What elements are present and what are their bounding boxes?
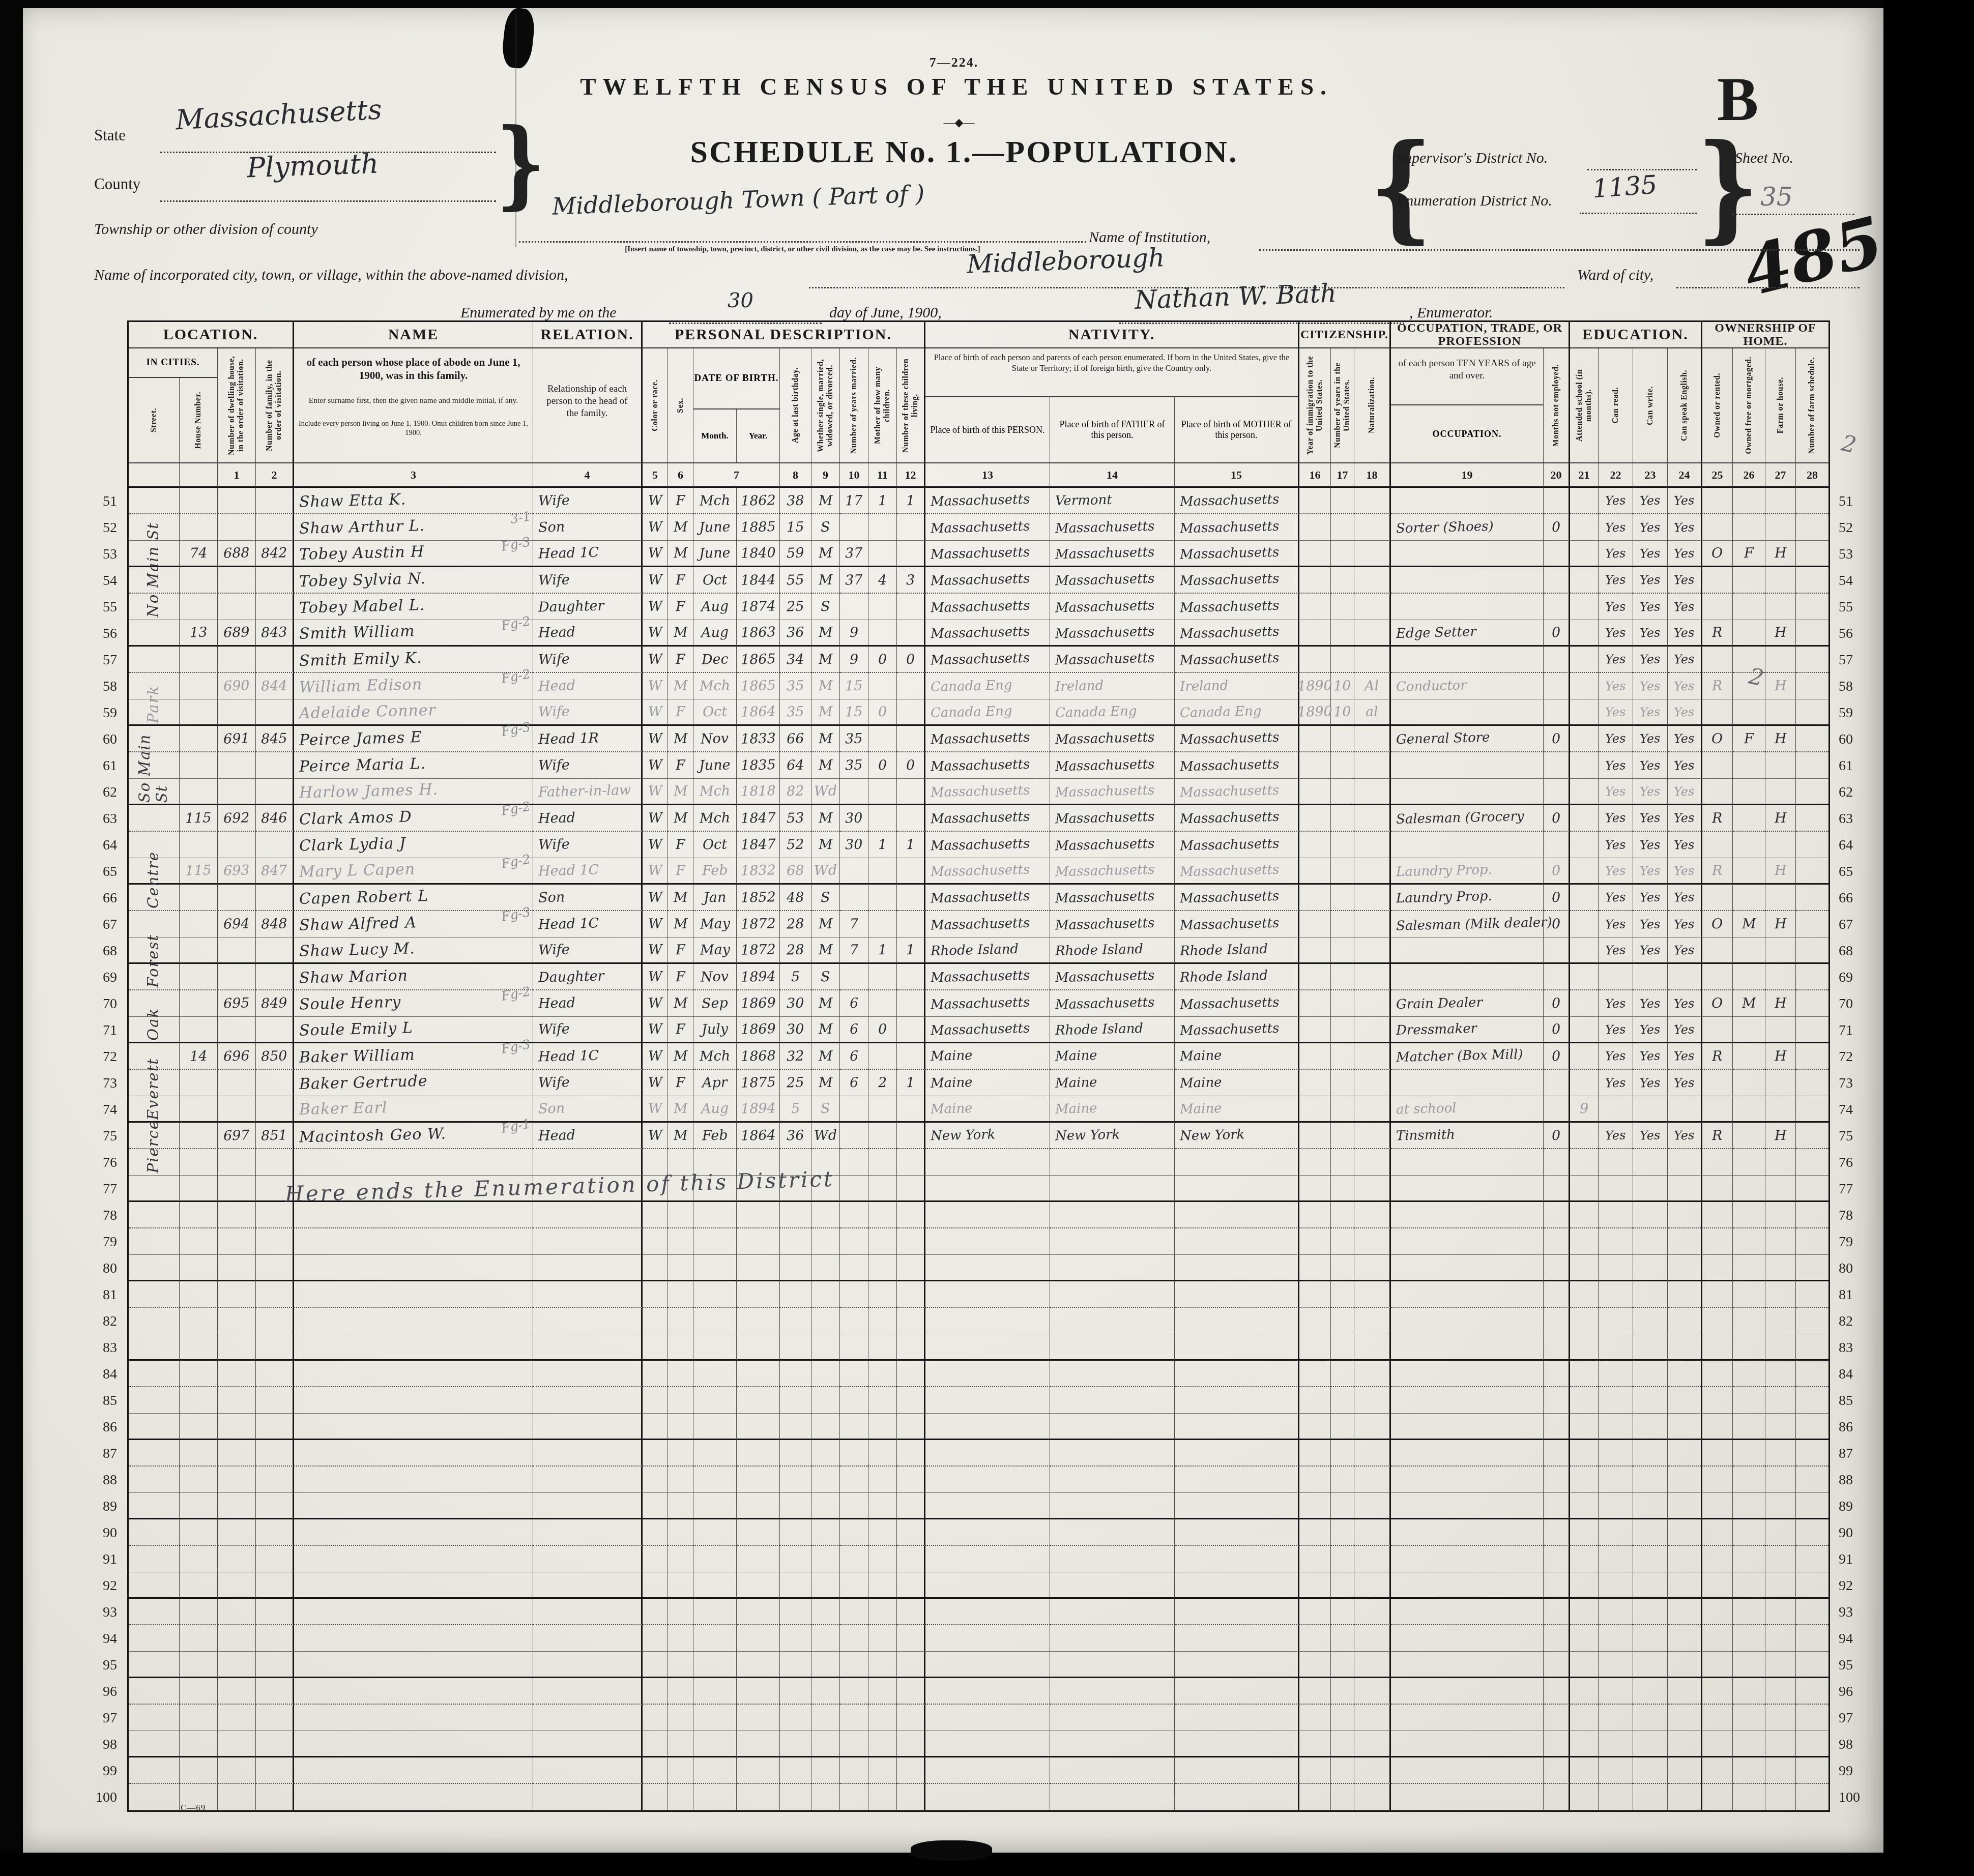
- cell-pf-52: Massachusetts: [1050, 514, 1175, 541]
- cell-ag-62: 82: [780, 779, 811, 805]
- cell-c-86: [643, 1414, 668, 1440]
- cell-rl-79: [533, 1228, 643, 1255]
- cell-pb-69: Massachusetts: [925, 964, 1050, 990]
- cell-mc-72: [868, 1043, 897, 1070]
- value-en: Yes: [1674, 1128, 1695, 1143]
- cell-nm-94: [294, 1625, 533, 1652]
- cell-oc-73: [1391, 1070, 1544, 1096]
- cell-bm-85: [693, 1387, 737, 1414]
- value-ym: 6: [850, 1048, 859, 1064]
- cell-pb-89: [925, 1493, 1050, 1519]
- cell-bm-78: [693, 1202, 737, 1228]
- cell-ny-80: [1331, 1255, 1354, 1281]
- cell-c-68: W: [643, 937, 668, 964]
- value-wr: Yes: [1640, 679, 1661, 693]
- cell-rl-73: Wife: [533, 1070, 643, 1096]
- cell-mc-69: [868, 964, 897, 990]
- cell-mc-82: [868, 1308, 897, 1334]
- value-rd: Yes: [1605, 573, 1626, 588]
- scan-artifact-bottom: [911, 1840, 992, 1861]
- value-c: W: [648, 942, 662, 958]
- cell-fh-81: [1765, 1281, 1796, 1308]
- row-number-78: 78: [1839, 1203, 1853, 1229]
- cell-st-79: [129, 1228, 180, 1255]
- cell-pf-70: Massachusetts: [1050, 990, 1175, 1017]
- cell-rl-75: Head: [533, 1123, 643, 1149]
- cell-pm-58: Ireland: [1175, 673, 1299, 699]
- cell-rd-68: Yes: [1599, 937, 1633, 964]
- value-fr: F: [1744, 730, 1754, 746]
- cell-sc-52: [1570, 514, 1599, 541]
- value-en: Yes: [1674, 811, 1695, 826]
- district-brace-left: {: [1370, 119, 1432, 255]
- sex-column-label: Sex.: [676, 398, 685, 413]
- cell-pm-80: [1175, 1255, 1299, 1281]
- row-number-84: 84: [103, 1361, 117, 1388]
- cell-rl-56: Head: [533, 620, 643, 647]
- cell-ag-68: 28: [780, 937, 811, 964]
- colnum-16: 16: [1299, 463, 1331, 488]
- cell-ag-70: 30: [780, 990, 811, 1017]
- cell-hn-73: [180, 1070, 218, 1096]
- cell-rl-51: Wife: [533, 488, 643, 514]
- value-pm: Massachusetts: [1180, 518, 1280, 536]
- cell-pb-72: Maine: [925, 1043, 1050, 1070]
- cell-fm-76: [256, 1149, 294, 1176]
- cell-ms-71: M: [811, 1017, 840, 1043]
- cell-nm-100: [294, 1784, 533, 1810]
- cell-st-72: [129, 1043, 180, 1070]
- cell-fm-90: [256, 1519, 294, 1546]
- cell-dw-53: 688: [218, 541, 256, 567]
- cell-yi-65: [1299, 858, 1331, 885]
- cell-wr-98: [1633, 1731, 1668, 1757]
- cell-st-66: [129, 885, 180, 911]
- value-by: 1862: [740, 492, 775, 509]
- value-mc: 0: [878, 757, 887, 773]
- cell-na-94: [1354, 1625, 1391, 1652]
- value-s: F: [676, 492, 685, 508]
- cell-pm-90: [1175, 1519, 1299, 1546]
- value-dw: 697: [223, 1127, 250, 1144]
- cell-st-71: [129, 1017, 180, 1043]
- cell-c-55: W: [643, 594, 668, 620]
- value-bm: June: [699, 545, 731, 561]
- cell-rd-61: Yes: [1599, 752, 1633, 779]
- cell-en-66: Yes: [1668, 885, 1702, 911]
- cell-cl-77: [897, 1176, 925, 1202]
- cell-ny-90: [1331, 1519, 1354, 1546]
- value-fm: 847: [261, 862, 287, 878]
- row-number-73: 73: [1839, 1070, 1853, 1097]
- cell-pb-70: Massachusetts: [925, 990, 1050, 1017]
- cell-mn-73: [1544, 1070, 1570, 1096]
- cell-mc-89: [868, 1493, 897, 1519]
- cell-ny-96: [1331, 1678, 1354, 1705]
- cell-dw-90: [218, 1519, 256, 1546]
- row-number-72: 72: [103, 1044, 117, 1070]
- value-pf: Rhode Island: [1055, 1020, 1144, 1038]
- row-number-70: 70: [103, 991, 117, 1017]
- cell-st-51: [129, 488, 180, 514]
- value-bm: Mch: [700, 1048, 731, 1064]
- cell-ag-100: [780, 1784, 811, 1810]
- cell-s-64: F: [668, 832, 693, 858]
- cell-nm-67: Shaw Alfred AFg-3: [294, 911, 533, 937]
- cell-s-72: M: [668, 1043, 693, 1070]
- cell-ow-84: [1702, 1361, 1733, 1387]
- cell-ow-77: [1702, 1176, 1733, 1202]
- cell-pm-77: [1175, 1176, 1299, 1202]
- cell-ym-56: 9: [840, 620, 868, 647]
- cell-c-90: [643, 1519, 668, 1546]
- cell-pm-53: Massachusetts: [1175, 541, 1299, 567]
- in-cities-label: IN CITIES.: [129, 348, 217, 378]
- cell-yi-68: [1299, 937, 1331, 964]
- cell-fh-68: [1765, 937, 1796, 964]
- cell-pm-81: [1175, 1281, 1299, 1308]
- cell-sc-51: [1570, 488, 1599, 514]
- cell-by-79: [737, 1228, 780, 1255]
- cell-sc-66: [1570, 885, 1599, 911]
- value-rl: Son: [538, 1100, 565, 1117]
- cell-rd-63: Yes: [1599, 805, 1633, 832]
- value-by: 1885: [740, 519, 775, 536]
- colnum-7: 7: [693, 463, 780, 488]
- cell-ny-73: [1331, 1070, 1354, 1096]
- cell-dw-69: [218, 964, 256, 990]
- cell-fh-56: H: [1765, 620, 1796, 647]
- cell-oc-93: [1391, 1599, 1544, 1625]
- cell-wr-64: Yes: [1633, 832, 1668, 858]
- cell-cl-57: 0: [897, 647, 925, 673]
- cell-hn-57: [180, 647, 218, 673]
- cell-fh-86: [1765, 1414, 1796, 1440]
- cell-wr-73: Yes: [1633, 1070, 1668, 1096]
- cell-ym-99: [840, 1757, 868, 1784]
- cell-dw-94: [218, 1625, 256, 1652]
- cell-dw-71: [218, 1017, 256, 1043]
- cell-by-84: [737, 1361, 780, 1387]
- cell-ns-55: [1796, 594, 1828, 620]
- row-number-59: 59: [103, 700, 117, 726]
- value-dw: 688: [223, 545, 250, 561]
- cell-ow-53: O: [1702, 541, 1733, 567]
- cell-fr-79: [1733, 1228, 1765, 1255]
- value-mn: 0: [1552, 889, 1561, 905]
- value-ms: M: [818, 916, 832, 932]
- row-number-83: 83: [103, 1335, 117, 1361]
- cell-ag-77: [780, 1176, 811, 1202]
- cell-dw-58: 690: [218, 673, 256, 699]
- cell-pf-69: Massachusetts: [1050, 964, 1175, 990]
- cell-cl-98: [897, 1731, 925, 1757]
- value-nm: Tobey Austin H: [299, 543, 425, 564]
- cell-fm-92: [256, 1572, 294, 1599]
- cell-mn-71: 0: [1544, 1017, 1570, 1043]
- cell-pb-53: Massachusetts: [925, 541, 1050, 567]
- cell-mn-89: [1544, 1493, 1570, 1519]
- value-mc: 1: [878, 942, 887, 958]
- colnum-20: 20: [1544, 463, 1570, 488]
- cell-st-65: [129, 858, 180, 885]
- value-pf: Massachusetts: [1055, 889, 1155, 906]
- cell-mc-94: [868, 1625, 897, 1652]
- cell-pm-73: Maine: [1175, 1070, 1299, 1096]
- value-c: W: [648, 599, 662, 615]
- value-nm: Peirce James E: [299, 728, 422, 749]
- value-s: M: [673, 730, 687, 747]
- row-number-94: 94: [1839, 1626, 1853, 1652]
- cell-bm-96: [693, 1678, 737, 1705]
- group-occupation: OCCUPATION, TRADE, OR PROFESSION: [1391, 322, 1570, 348]
- cell-ns-81: [1796, 1281, 1828, 1308]
- cell-sc-76: [1570, 1149, 1599, 1176]
- cell-sc-90: [1570, 1519, 1599, 1546]
- cell-fh-63: H: [1765, 805, 1796, 832]
- value-by: 1852: [740, 889, 775, 906]
- cell-dw-68: [218, 937, 256, 964]
- cell-c-59: W: [643, 699, 668, 726]
- cell-cl-67: [897, 911, 925, 937]
- cell-sc-91: [1570, 1546, 1599, 1572]
- value-pb: New York: [931, 1127, 996, 1144]
- cell-st-67: [129, 911, 180, 937]
- cell-oc-83: [1391, 1334, 1544, 1361]
- cell-ns-70: [1796, 990, 1828, 1017]
- mother-of-column-label: Mother of how many children.: [874, 353, 892, 458]
- cell-st-98: [129, 1731, 180, 1757]
- street-column-label: Street.: [150, 408, 159, 432]
- value-ym: 6: [850, 1021, 859, 1037]
- years-in-us-column-label: Number of years in the United States.: [1333, 353, 1352, 458]
- value-ag: 36: [787, 625, 804, 641]
- cell-fh-65: H: [1765, 858, 1796, 885]
- cell-rd-59: Yes: [1599, 699, 1633, 726]
- value-c: W: [648, 916, 662, 932]
- value-rd: Yes: [1605, 625, 1626, 640]
- cell-oc-54: [1391, 567, 1544, 594]
- cell-fm-51: [256, 488, 294, 514]
- cell-ym-59: 15: [840, 699, 868, 726]
- cell-ny-98: [1331, 1731, 1354, 1757]
- cell-yi-86: [1299, 1414, 1331, 1440]
- cell-c-79: [643, 1228, 668, 1255]
- cell-ns-78: [1796, 1202, 1828, 1228]
- cell-wr-59: Yes: [1633, 699, 1668, 726]
- cell-ym-84: [840, 1361, 868, 1387]
- cell-oc-56: Edge Setter: [1391, 620, 1544, 647]
- cell-pf-83: [1050, 1334, 1175, 1361]
- cell-sc-59: [1570, 699, 1599, 726]
- cell-ag-81: [780, 1281, 811, 1308]
- cell-na-65: [1354, 858, 1391, 885]
- cell-nm-85: [294, 1387, 533, 1414]
- cell-rd-75: Yes: [1599, 1123, 1633, 1149]
- cell-na-90: [1354, 1519, 1391, 1546]
- cell-fr-91: [1733, 1546, 1765, 1572]
- cell-fr-65: [1733, 858, 1765, 885]
- cell-ow-66: [1702, 885, 1733, 911]
- value-rd: Yes: [1605, 1022, 1626, 1037]
- cell-rd-80: [1599, 1255, 1633, 1281]
- cell-rd-56: Yes: [1599, 620, 1633, 647]
- cell-bm-57: Dec: [693, 647, 737, 673]
- cell-en-77: [1668, 1176, 1702, 1202]
- cell-ym-61: 35: [840, 752, 868, 779]
- cell-fr-83: [1733, 1334, 1765, 1361]
- value-oc: Laundry Prop.: [1396, 889, 1492, 906]
- cell-mn-79: [1544, 1228, 1570, 1255]
- cell-wr-99: [1633, 1757, 1668, 1784]
- cell-wr-68: Yes: [1633, 937, 1668, 964]
- value-en: Yes: [1674, 546, 1695, 561]
- cell-fh-71: [1765, 1017, 1796, 1043]
- cell-ms-99: [811, 1757, 840, 1784]
- cell-yi-51: [1299, 488, 1331, 514]
- cell-na-87: [1354, 1440, 1391, 1467]
- cell-sc-63: [1570, 805, 1599, 832]
- cell-fr-59: [1733, 699, 1765, 726]
- cell-pf-61: Massachusetts: [1050, 752, 1175, 779]
- value-ms: M: [818, 625, 832, 641]
- cell-ag-72: 32: [780, 1043, 811, 1070]
- cell-sc-79: [1570, 1228, 1599, 1255]
- cell-mc-95: [868, 1652, 897, 1678]
- cell-rl-92: [533, 1572, 643, 1599]
- cell-by-74: 1894: [737, 1096, 780, 1123]
- value-by: 1872: [740, 942, 775, 958]
- cell-st-90: [129, 1519, 180, 1546]
- cell-s-77: [668, 1176, 693, 1202]
- value-c: W: [648, 704, 662, 720]
- cell-mn-64: [1544, 832, 1570, 858]
- dob-year-label: Year.: [737, 409, 779, 462]
- cell-cl-94: [897, 1625, 925, 1652]
- cell-na-75: [1354, 1123, 1391, 1149]
- cell-en-65: Yes: [1668, 858, 1702, 885]
- value-pf: Maine: [1055, 1048, 1097, 1064]
- cell-nm-92: [294, 1572, 533, 1599]
- cell-mc-78: [868, 1202, 897, 1228]
- cell-ow-63: R: [1702, 805, 1733, 832]
- value-s: M: [673, 625, 687, 641]
- value-na: Al: [1365, 678, 1379, 694]
- cell-ag-63: 53: [780, 805, 811, 832]
- cell-ag-67: 28: [780, 911, 811, 937]
- cell-yi-52: [1299, 514, 1331, 541]
- value-pm: Massachusetts: [1180, 756, 1280, 774]
- value-fh: H: [1774, 545, 1786, 562]
- cell-sc-86: [1570, 1414, 1599, 1440]
- cell-by-51: 1862: [737, 488, 780, 514]
- value-fm: 844: [261, 678, 287, 694]
- can-write-column-label: Can write.: [1646, 386, 1655, 425]
- cell-ny-81: [1331, 1281, 1354, 1308]
- cell-pb-61: Massachusetts: [925, 752, 1050, 779]
- cell-mc-65: [868, 858, 897, 885]
- cell-sc-83: [1570, 1334, 1599, 1361]
- cell-ns-93: [1796, 1599, 1828, 1625]
- cell-en-68: Yes: [1668, 937, 1702, 964]
- cell-fm-83: [256, 1334, 294, 1361]
- cell-dw-60: 691: [218, 726, 256, 752]
- cell-na-84: [1354, 1361, 1391, 1387]
- cell-rd-54: Yes: [1599, 567, 1633, 594]
- cell-ns-52: [1796, 514, 1828, 541]
- cell-yi-53: [1299, 541, 1331, 567]
- cell-en-94: [1668, 1625, 1702, 1652]
- cell-pb-71: Massachusetts: [925, 1017, 1050, 1043]
- cell-ow-88: [1702, 1467, 1733, 1493]
- cell-sc-74: 9: [1570, 1096, 1599, 1123]
- row-number-58: 58: [1839, 673, 1853, 700]
- cell-rd-94: [1599, 1625, 1633, 1652]
- cell-sc-57: [1570, 647, 1599, 673]
- value-ag: 34: [787, 651, 804, 667]
- cell-c-99: [643, 1757, 668, 1784]
- cell-oc-68: [1391, 937, 1544, 964]
- cell-dw-52: [218, 514, 256, 541]
- cell-en-59: Yes: [1668, 699, 1702, 726]
- value-bm: May: [700, 942, 730, 958]
- cell-ow-72: R: [1702, 1043, 1733, 1070]
- cell-by-66: 1852: [737, 885, 780, 911]
- value-en: Yes: [1674, 1022, 1695, 1037]
- cell-cl-80: [897, 1255, 925, 1281]
- cell-rd-51: Yes: [1599, 488, 1633, 514]
- value-mn: 0: [1552, 916, 1561, 932]
- cell-rd-81: [1599, 1281, 1633, 1308]
- value-ow: R: [1712, 1048, 1723, 1064]
- cell-ag-99: [780, 1757, 811, 1784]
- cell-by-93: [737, 1599, 780, 1625]
- cell-rl-72: Head 1C: [533, 1043, 643, 1070]
- cell-pf-84: [1050, 1361, 1175, 1387]
- cell-nm-78: [294, 1202, 533, 1228]
- cell-hn-85: [180, 1387, 218, 1414]
- cell-dw-83: [218, 1334, 256, 1361]
- cell-hn-60: [180, 726, 218, 752]
- value-by: 1865: [740, 651, 775, 668]
- row-number-88: 88: [103, 1467, 117, 1493]
- cell-bm-91: [693, 1546, 737, 1572]
- cell-ns-68: [1796, 937, 1828, 964]
- cell-fh-64: [1765, 832, 1796, 858]
- value-oc: Laundry Prop.: [1396, 862, 1492, 880]
- cell-st-77: [129, 1176, 180, 1202]
- value-ag: 35: [787, 678, 804, 694]
- value-mc: 1: [878, 492, 887, 508]
- cell-nm-64: Clark Lydia J: [294, 832, 533, 858]
- value-rl: Head 1C: [538, 862, 599, 880]
- colnum-11: 11: [868, 463, 897, 488]
- cell-yi-54: [1299, 567, 1331, 594]
- row-number-71: 71: [1839, 1017, 1853, 1044]
- value-ms: S: [821, 1101, 830, 1117]
- cell-fm-98: [256, 1731, 294, 1757]
- cell-c-56: W: [643, 620, 668, 647]
- cell-fr-100: [1733, 1784, 1765, 1810]
- value-rd: Yes: [1605, 811, 1626, 826]
- value-ms: M: [818, 757, 832, 774]
- cell-ny-56: [1331, 620, 1354, 647]
- cell-wr-75: Yes: [1633, 1123, 1668, 1149]
- value-nm: Shaw Arthur L.: [299, 517, 425, 538]
- cell-na-98: [1354, 1731, 1391, 1757]
- cell-oc-55: [1391, 594, 1544, 620]
- cell-sc-72: [1570, 1043, 1599, 1070]
